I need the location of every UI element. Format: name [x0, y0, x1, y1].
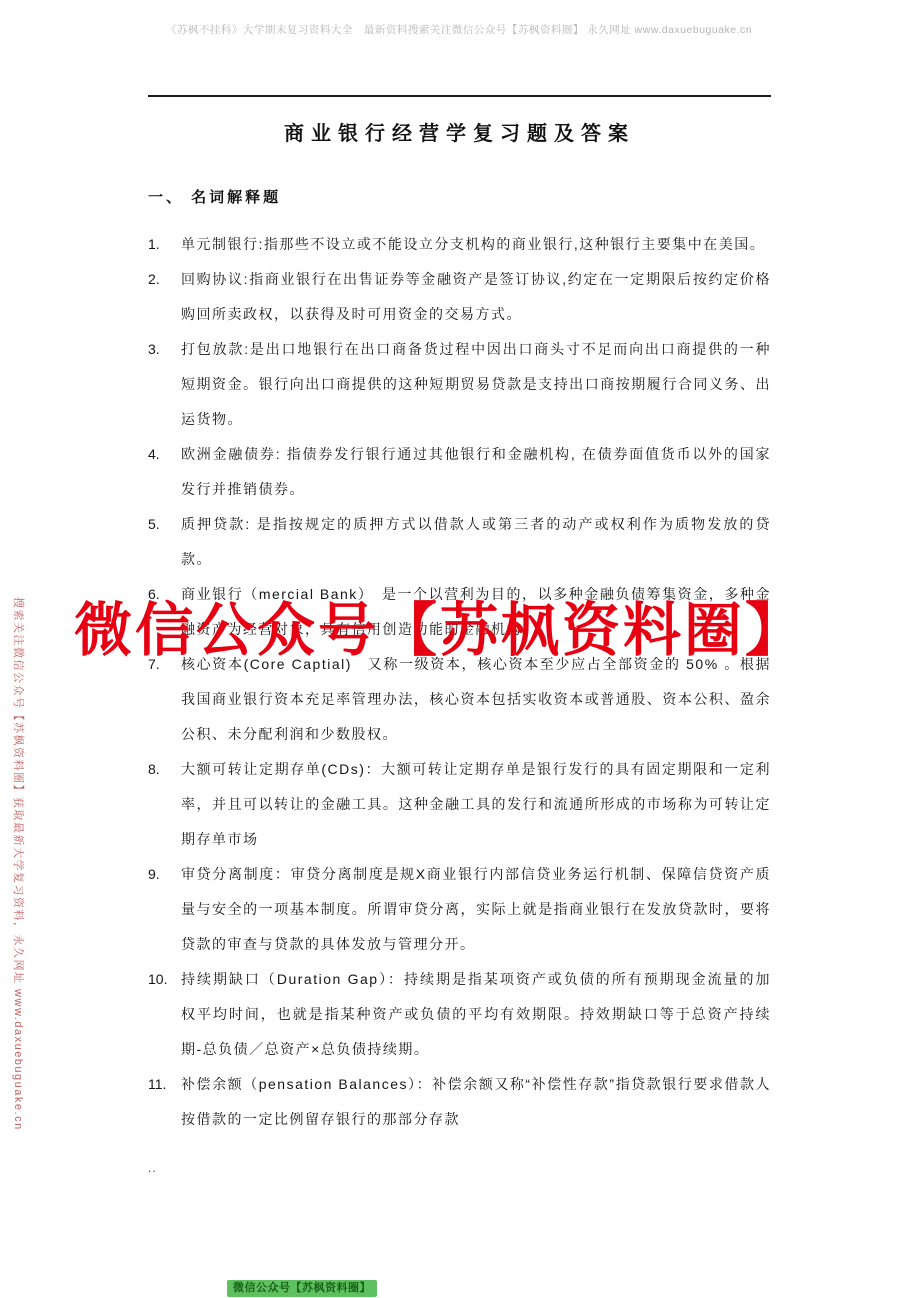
list-item: 5.质押贷款: 是指按规定的质押方式以借款人或第三者的动产或权利作为质物发放的贷… — [148, 507, 771, 577]
item-number: 11. — [148, 1067, 166, 1102]
footer-badge: 微信公众号【苏枫资料圈】 — [227, 1280, 377, 1297]
list-item: 3.打包放款:是出口地银行在出口商备货过程中因出口商头寸不足而向出口商提供的一种… — [148, 332, 771, 437]
list-item: 4.欧洲金融债券: 指债券发行银行通过其他银行和金融机构, 在债券面值货币以外的… — [148, 437, 771, 507]
item-number: 8. — [148, 752, 160, 787]
item-number: 10. — [148, 962, 167, 997]
header-promo-text: 《苏枫不挂科》大学期末复习资料大全 最新资料搜索关注微信公众号【苏枫资料圈】 永… — [0, 22, 918, 37]
side-vertical-watermark: 搜索关注微信公众号【苏枫资料圈】获取最新大学复习资料，永久网址 www.daxu… — [11, 597, 27, 1131]
item-text: 回购协议:指商业银行在出售证券等金融资产是签订协议,约定在一定期限后按约定价格购… — [181, 271, 771, 322]
definition-list: 1.单元制银行:指那些不设立或不能设立分支机构的商业银行,这种银行主要集中在美国… — [148, 227, 771, 1137]
item-text: 审贷分离制度：审贷分离制度是规X商业银行内部信贷业务运行机制、保障信贷资产质量与… — [181, 866, 771, 952]
item-number: 1. — [148, 227, 160, 262]
item-text: 核心资本(Core Captial) 又称一级资本，核心资本至少应占全部资金的 … — [181, 656, 771, 742]
item-text: 单元制银行:指那些不设立或不能设立分支机构的商业银行,这种银行主要集中在美国。 — [181, 236, 765, 252]
page-title: 商业银行经营学复习题及答案 — [148, 117, 771, 146]
list-item: 10.持续期缺口（Duration Gap）：持续期是指某项资产或负债的所有预期… — [148, 962, 771, 1067]
trailing-dots: .. — [148, 1161, 771, 1175]
item-number: 3. — [148, 332, 160, 367]
item-text: 质押贷款: 是指按规定的质押方式以借款人或第三者的动产或权利作为质物发放的贷款。 — [181, 516, 771, 567]
item-number: 5. — [148, 507, 160, 542]
list-item: 11.补偿余额（pensation Balances）：补偿余额又称“补偿性存款… — [148, 1067, 771, 1137]
item-text: 大额可转让定期存单(CDs)：大额可转让定期存单是银行发行的具有固定期限和一定利… — [181, 761, 771, 847]
item-text: 欧洲金融债券: 指债券发行银行通过其他银行和金融机构, 在债券面值货币以外的国家… — [181, 446, 771, 497]
item-number: 2. — [148, 262, 160, 297]
list-item: 2.回购协议:指商业银行在出售证券等金融资产是签订协议,约定在一定期限后按约定价… — [148, 262, 771, 332]
page: { "header": { "text": "《苏枫不挂科》大学期末复习资料大全… — [0, 0, 918, 1298]
list-item: 8.大额可转让定期存单(CDs)：大额可转让定期存单是银行发行的具有固定期限和一… — [148, 752, 771, 857]
center-watermark: 微信公众号【苏枫资料圈】 — [74, 596, 806, 666]
item-text: 持续期缺口（Duration Gap）：持续期是指某项资产或负债的所有预期现金流… — [181, 971, 771, 1057]
list-item: 1.单元制银行:指那些不设立或不能设立分支机构的商业银行,这种银行主要集中在美国… — [148, 227, 771, 262]
item-text: 打包放款:是出口地银行在出口商备货过程中因出口商头寸不足而向出口商提供的一种短期… — [181, 341, 771, 427]
item-text: 补偿余额（pensation Balances）：补偿余额又称“补偿性存款”指贷… — [181, 1076, 771, 1127]
list-item: 9.审贷分离制度：审贷分离制度是规X商业银行内部信贷业务运行机制、保障信贷资产质… — [148, 857, 771, 962]
item-number: 4. — [148, 437, 160, 472]
section-heading: 一、 名词解释题 — [148, 186, 771, 207]
item-number: 9. — [148, 857, 160, 892]
